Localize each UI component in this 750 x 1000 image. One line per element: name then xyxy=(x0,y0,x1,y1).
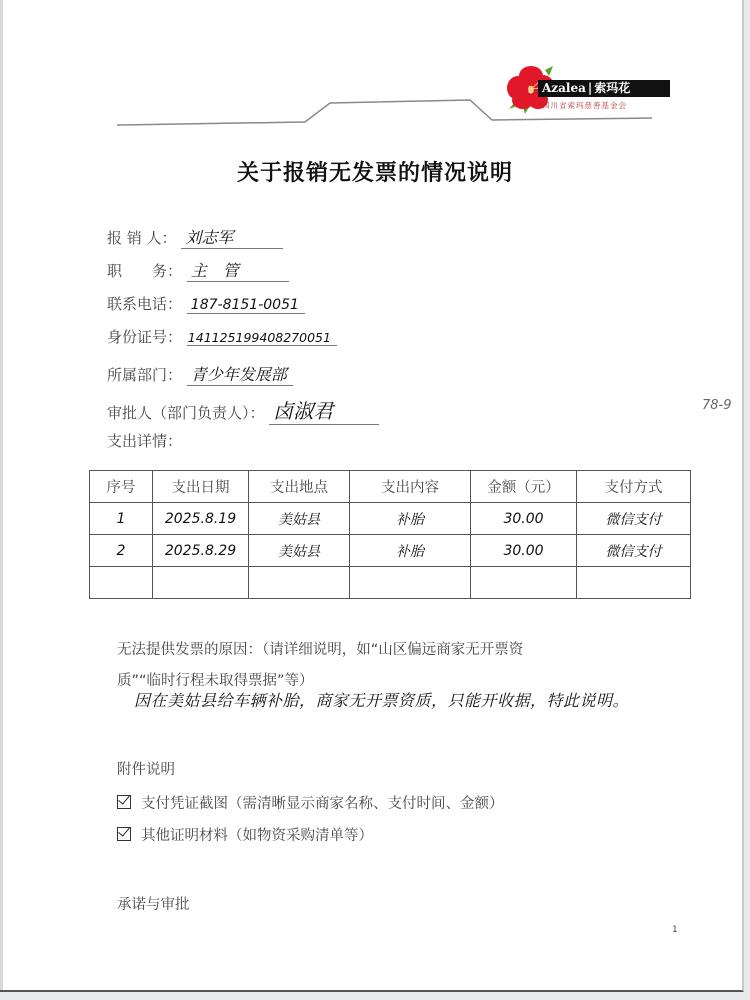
phone-value: 187-8151-0051 xyxy=(187,297,305,314)
cell-content: 补胎 xyxy=(350,535,471,567)
cell-payment: 微信支付 xyxy=(577,535,691,567)
field-label: 报 销 人： xyxy=(107,227,177,248)
document-page: Azalea|索玛花 四川省索玛慈善基金会 关于报销无发票的情况说明 报 销 人… xyxy=(0,0,744,992)
cell-date: 2025.8.29 xyxy=(153,535,249,567)
cell-content: 补胎 xyxy=(350,503,471,535)
cell-empty xyxy=(153,567,249,599)
field-position: 职 务： 主 管 xyxy=(107,258,289,282)
col-header: 支出日期 xyxy=(153,471,249,503)
attachments-title: 附件说明 xyxy=(117,758,175,779)
logo-en: Azalea xyxy=(542,81,586,95)
cell-index: 2 xyxy=(90,535,153,567)
col-header: 序号 xyxy=(90,471,153,503)
checkbox-checked-icon[interactable] xyxy=(117,795,131,809)
logo-wordmark: Azalea|索玛花 xyxy=(538,80,670,97)
logo-cn: 索玛花 xyxy=(594,81,630,95)
scan-edge xyxy=(0,0,3,990)
logo-org-name: 四川省索玛慈善基金会 xyxy=(542,100,627,111)
field-label: 审批人（部门负责人）： xyxy=(107,402,265,423)
azalea-logo: Azalea|索玛花 四川省索玛慈善基金会 xyxy=(500,60,690,120)
cell-empty xyxy=(249,567,350,599)
cell-location: 美姑县 xyxy=(249,535,350,567)
cell-index: 1 xyxy=(90,503,153,535)
cell-date: 2025.8.19 xyxy=(153,503,249,535)
page-number: 1 xyxy=(672,925,678,935)
approver-signature: 卤淑君 xyxy=(269,395,379,425)
table-row: 1 2025.8.19 美姑县 补胎 30.00 微信支付 xyxy=(90,503,691,535)
table-row: 2 2025.8.29 美姑县 补胎 30.00 微信支付 xyxy=(90,535,691,567)
reason-prompt-line1: 无法提供发票的原因：（请详细说明，如“山区偏远商家无开票资 xyxy=(117,635,717,666)
field-approver: 审批人（部门负责人）： 卤淑君 xyxy=(107,395,379,425)
field-label: 身份证号： xyxy=(107,326,182,347)
reason-handwritten: 因在美姑县给车辆补胎，商家无开票资质，只能开收据，特此说明。 xyxy=(134,688,629,711)
commitment-title: 承诺与审批 xyxy=(117,893,190,914)
field-label: 职 务： xyxy=(107,260,182,281)
cell-location: 美姑县 xyxy=(249,503,350,535)
col-header: 支出地点 xyxy=(249,471,350,503)
cell-empty xyxy=(471,567,577,599)
attachment-label: 支付凭证截图（需清晰显示商家名称、支付时间、金额） xyxy=(141,796,504,812)
cell-amount: 30.00 xyxy=(471,535,577,567)
field-phone: 联系电话： 187-8151-0051 xyxy=(107,293,305,314)
claimant-signature: 刘志军 xyxy=(181,225,283,249)
cell-amount: 30.00 xyxy=(471,503,577,535)
col-header: 金额（元） xyxy=(471,471,577,503)
department-value: 青少年发展部 xyxy=(187,362,293,386)
field-id-number: 身份证号： 141125199408270051 xyxy=(107,326,337,347)
checkbox-checked-icon[interactable] xyxy=(117,827,131,841)
cell-empty xyxy=(577,567,691,599)
attachment-label: 其他证明材料（如物资采购清单等） xyxy=(141,828,373,844)
col-header: 支付方式 xyxy=(577,471,691,503)
col-header: 支出内容 xyxy=(350,471,471,503)
id-number-value: 141125199408270051 xyxy=(187,330,337,346)
field-label: 联系电话： xyxy=(107,293,182,314)
table-header-row: 序号 支出日期 支出地点 支出内容 金额（元） 支付方式 xyxy=(90,471,691,503)
details-label: 支出详情： xyxy=(107,430,182,451)
margin-note: 78-9 xyxy=(702,398,732,413)
expense-table: 序号 支出日期 支出地点 支出内容 金额（元） 支付方式 1 2025.8.19… xyxy=(89,470,691,599)
cell-empty xyxy=(350,567,471,599)
field-claimant: 报 销 人： 刘志军 xyxy=(107,225,283,249)
table-row-empty xyxy=(90,567,691,599)
cell-empty xyxy=(90,567,153,599)
field-department: 所属部门： 青少年发展部 xyxy=(107,362,293,386)
field-label: 所属部门： xyxy=(107,364,182,385)
attachment-item: 其他证明材料（如物资采购清单等） xyxy=(117,824,373,845)
position-value: 主 管 xyxy=(187,258,289,282)
cell-payment: 微信支付 xyxy=(577,503,691,535)
document-title: 关于报销无发票的情况说明 xyxy=(0,156,750,187)
attachment-item: 支付凭证截图（需清晰显示商家名称、支付时间、金额） xyxy=(117,792,504,813)
